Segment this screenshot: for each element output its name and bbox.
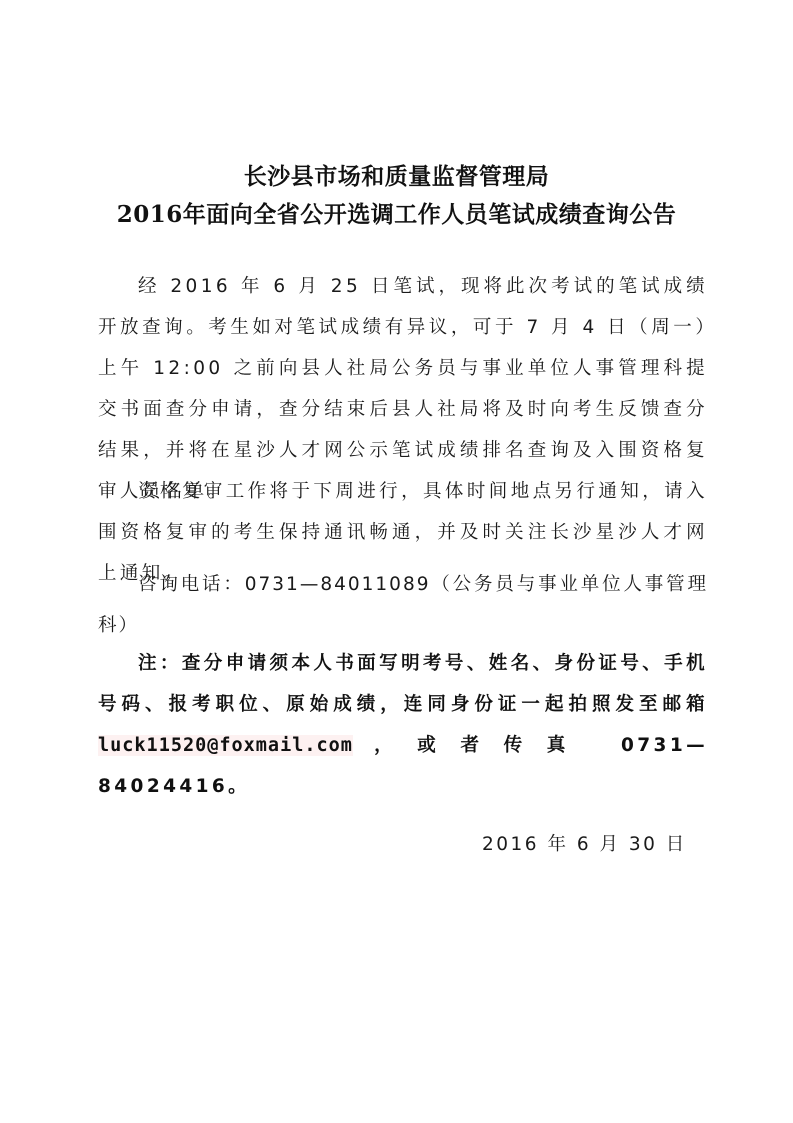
title-announcement: 2016年面向全省公开选调工作人员笔试成绩查询公告	[0, 196, 793, 229]
note-text-before: 注：查分申请须本人书面写明考号、姓名、身份证号、手机号码、报考职位、原始成绩，连…	[98, 653, 708, 715]
document-date: 2016 年 6 月 30 日	[482, 830, 687, 856]
paragraph-contact-phone: 咨询电话：0731—84011089（公务员与事业单位人事管理科）	[98, 564, 708, 646]
title-organization: 长沙县市场和质量监督管理局	[0, 158, 793, 191]
note-paragraph: 注：查分申请须本人书面写明考号、姓名、身份证号、手机号码、报考职位、原始成绩，连…	[98, 643, 708, 807]
email-link[interactable]: luck11520@foxmail.com	[98, 735, 353, 756]
document-page: 长沙县市场和质量监督管理局 2016年面向全省公开选调工作人员笔试成绩查询公告 …	[0, 0, 793, 1123]
